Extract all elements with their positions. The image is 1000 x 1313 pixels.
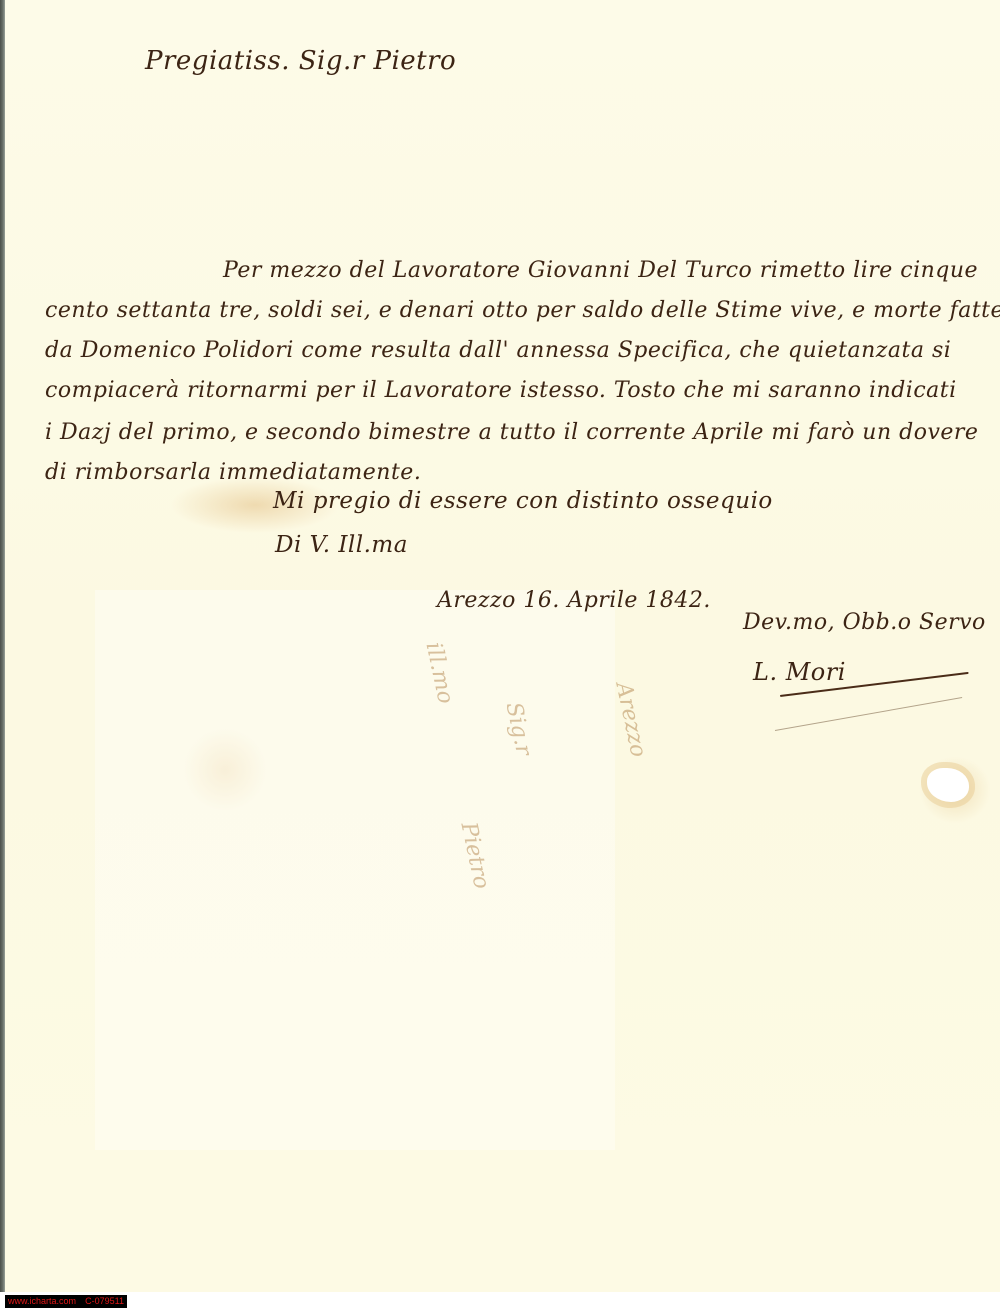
body-line-6: di rimborsarla immediatamente. bbox=[45, 460, 421, 485]
date-place: Arezzo 16. Aprile 1842. bbox=[437, 588, 711, 613]
paper-fold-shade bbox=[95, 590, 615, 1150]
body-line-3: da Domenico Polidori come resulta dall' … bbox=[45, 338, 951, 363]
salutation: Pregiatiss. Sig.r Pietro bbox=[145, 46, 456, 76]
closing-addressee: Di V. Ill.ma bbox=[275, 532, 408, 558]
closing-formula: Mi pregio di essere con distinto ossequi… bbox=[273, 488, 773, 514]
body-line-5: i Dazj del primo, e secondo bimestre a t… bbox=[45, 420, 978, 445]
body-line-1: Per mezzo del Lavoratore Giovanni Del Tu… bbox=[223, 258, 978, 283]
bleed-through-text: Arezzo bbox=[611, 680, 651, 759]
watermark-site: www.icharta.com bbox=[8, 1295, 76, 1308]
body-line-4: compiacerà ritornarmi per il Lavoratore … bbox=[45, 378, 957, 403]
signature-name: L. Mori bbox=[753, 658, 846, 686]
watermark-code: C-079511 bbox=[85, 1295, 124, 1308]
signature-flourish-trail bbox=[775, 697, 962, 731]
signature-title: Dev.mo, Obb.o Servo bbox=[743, 610, 986, 635]
paper-hole bbox=[927, 768, 969, 802]
body-line-2: cento settanta tre, soldi sei, e denari … bbox=[45, 298, 1000, 323]
letter-page: Pregiatiss. Sig.r Pietro Per mezzo del L… bbox=[5, 0, 1000, 1292]
source-watermark: www.icharta.com C-079511 bbox=[5, 1295, 127, 1308]
